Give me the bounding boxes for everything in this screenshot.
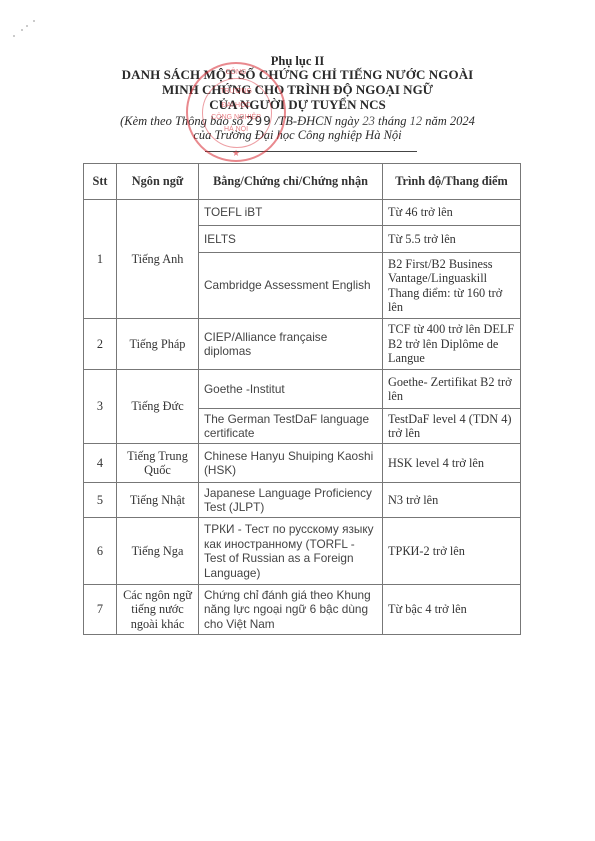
table-row: 6 Tiếng Nga ТРКИ - Тест по русскому язык…	[84, 518, 521, 585]
handwritten-month: 12	[410, 114, 423, 128]
header-stt: Stt	[84, 164, 117, 200]
handwritten-day: 23	[362, 114, 375, 128]
table-row: 3 Tiếng Đức Goethe -Institut Goethe- Zer…	[84, 370, 521, 409]
subtitle-line-2: của Trường Đại học Công nghiệp Hà Nội	[0, 128, 595, 143]
cell-level: N3 trở lên	[383, 483, 521, 518]
cell-language: Tiếng Pháp	[117, 319, 199, 370]
cell-language: Tiếng Nga	[117, 518, 199, 585]
table-row: 7 Các ngôn ngữ tiếng nước ngoài khác Chứ…	[84, 585, 521, 635]
table-row: 1 Tiếng Anh TOEFL iBT Từ 46 trở lên	[84, 200, 521, 226]
cell-level: Từ 5.5 trở lên	[383, 226, 521, 253]
cell-level: ТРКИ-2 trở lên	[383, 518, 521, 585]
subtitle-year: năm 2024	[422, 114, 475, 128]
title-line-3: CỦA NGƯỜI DỰ TUYỂN NCS	[0, 97, 595, 113]
header-underline	[205, 151, 417, 152]
table-header-row: Stt Ngôn ngữ Bằng/Chứng chỉ/Chứng nhận T…	[84, 164, 521, 200]
header-certificate: Bằng/Chứng chỉ/Chứng nhận	[199, 164, 383, 200]
header-level: Trình độ/Thang điểm	[383, 164, 521, 200]
table-row: 2 Tiếng Pháp CIEP/Alliance française dip…	[84, 319, 521, 370]
cell-level: HSK level 4 trở lên	[383, 444, 521, 483]
cell-certificate: Chứng chỉ đánh giá theo Khung năng lực n…	[199, 585, 383, 635]
subtitle-prefix: (Kèm theo Thông báo số	[120, 114, 246, 128]
cell-stt: 5	[84, 483, 117, 518]
scan-speck	[21, 29, 23, 31]
cell-certificate: Goethe -Institut	[199, 370, 383, 409]
subtitle-month-label: tháng	[375, 114, 410, 128]
cell-certificate: ТРКИ - Тест по русскому языку как иностр…	[199, 518, 383, 585]
table-row: 5 Tiếng Nhật Japanese Language Proficien…	[84, 483, 521, 518]
cell-stt: 3	[84, 370, 117, 444]
cell-certificate: CIEP/Alliance française diplomas	[199, 319, 383, 370]
cell-certificate: Chinese Hanyu Shuiping Kaoshi (HSK)	[199, 444, 383, 483]
cell-stt: 4	[84, 444, 117, 483]
cell-level: Từ 46 trở lên	[383, 200, 521, 226]
cell-certificate: The German TestDaF language certificate	[199, 409, 383, 444]
scan-speck	[13, 35, 15, 37]
header-language: Ngôn ngữ	[117, 164, 199, 200]
title-line-1: DANH SÁCH MỘT SỐ CHỨNG CHỈ TIẾNG NƯỚC NG…	[0, 67, 595, 83]
title-line-2: MINH CHỨNG CHO TRÌNH ĐỘ NGOẠI NGỮ	[0, 82, 595, 98]
scan-speck	[33, 20, 35, 22]
cell-stt: 6	[84, 518, 117, 585]
cell-certificate: Japanese Language Proficiency Test (JLPT…	[199, 483, 383, 518]
cell-level: Goethe- Zertifikat B2 trở lên	[383, 370, 521, 409]
cell-level: Từ bậc 4 trở lên	[383, 585, 521, 635]
cell-language: Các ngôn ngữ tiếng nước ngoài khác	[117, 585, 199, 635]
cell-certificate: IELTS	[199, 226, 383, 253]
scan-speck	[26, 25, 28, 27]
cell-level: TestDaF level 4 (TDN 4) trở lên	[383, 409, 521, 444]
cell-level: B2 First/B2 Business Vantage/Linguaskill…	[383, 253, 521, 319]
cell-certificate: TOEFL iBT	[199, 200, 383, 226]
cell-language: Tiếng Nhật	[117, 483, 199, 518]
seal-star-icon: ★	[188, 148, 284, 159]
cell-stt: 1	[84, 200, 117, 319]
cell-level: TCF từ 400 trở lên DELF B2 trở lên Diplô…	[383, 319, 521, 370]
subtitle-line-1: (Kèm theo Thông báo số 299 /TB-ĐHCN ngày…	[0, 113, 595, 129]
table-row: 4 Tiếng Trung Quốc Chinese Hanyu Shuipin…	[84, 444, 521, 483]
cell-language: Tiếng Trung Quốc	[117, 444, 199, 483]
cell-language: Tiếng Anh	[117, 200, 199, 319]
certificate-table: Stt Ngôn ngữ Bằng/Chứng chỉ/Chứng nhận T…	[83, 163, 521, 635]
cell-language: Tiếng Đức	[117, 370, 199, 444]
cell-stt: 7	[84, 585, 117, 635]
cell-certificate: Cambridge Assessment English	[199, 253, 383, 319]
notice-number: 299	[246, 113, 272, 128]
cell-stt: 2	[84, 319, 117, 370]
subtitle-mid: /TB-ĐHCN ngày	[272, 114, 363, 128]
